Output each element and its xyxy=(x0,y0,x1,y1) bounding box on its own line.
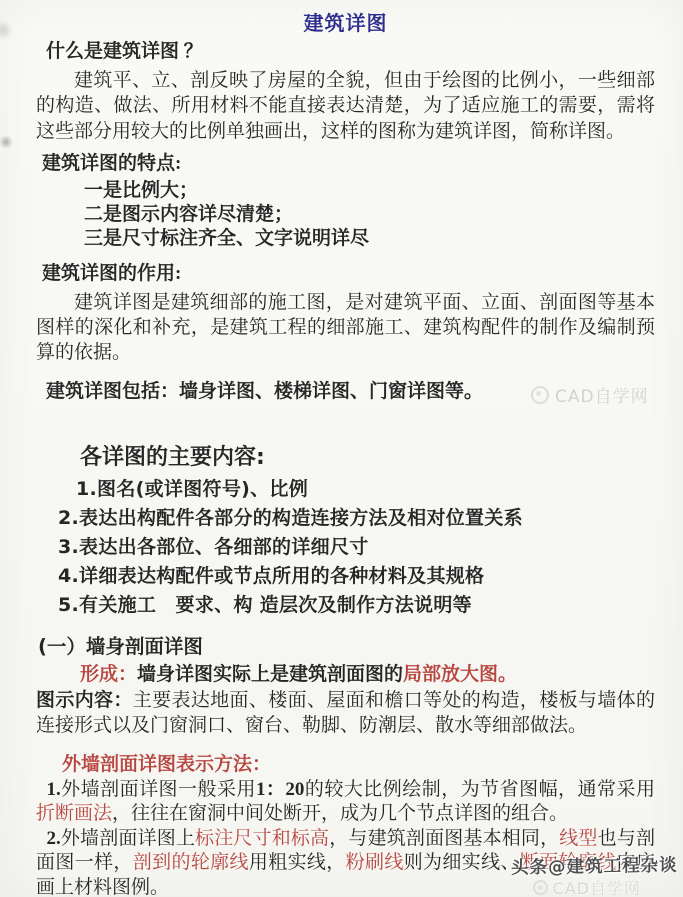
highlight-zheduan: 折断画法 xyxy=(36,803,112,824)
features-list: 一是比例大； 二是图示内容详尽清楚； 三是尺寸标注齐全、文字说明详尽 xyxy=(36,179,655,251)
highlight-plaster-line: 粉刷线 xyxy=(346,852,404,873)
list-item: 4.详细表达构配件或节点所用的各种材料及其规格 xyxy=(36,564,655,588)
watermark-bottom-secondary: CAD自学网 xyxy=(533,876,641,897)
list-item: 1.图名(或详图符号)、比例 xyxy=(36,477,655,501)
item-text: 的较大比例绘制，为节省图幅，通常采用 xyxy=(304,779,655,800)
heading-wall-section: (一）墙身剖面详图 xyxy=(36,634,655,660)
content-label: 图示内容： xyxy=(36,690,133,711)
item-text: 则为细实线、 xyxy=(404,852,520,873)
cad-logo-icon xyxy=(533,880,548,895)
item-text: ，往往在窗洞中间处断开，成为几个节点详图的组合。 xyxy=(112,803,568,824)
feature-item: 一是比例大； xyxy=(84,179,655,203)
watermark-middle: CAD自学网 xyxy=(531,382,649,407)
highlight-dimensions: 标注尺寸和标高 xyxy=(195,828,329,849)
heading-function: 建筑详图的作用: xyxy=(36,261,655,287)
item-text: 外墙剖面详图一般采用 xyxy=(61,779,256,800)
watermark-text: CAD自学网 xyxy=(553,876,641,897)
heading-features: 建筑详图的特点: xyxy=(36,151,655,177)
method-item-1: 1.外墙剖面详图一般采用1：20的较大比例绘制，为节省图幅，通常采用折断画法，往… xyxy=(36,778,655,826)
heading-method: 外墙剖面详图表示方法： xyxy=(36,751,655,777)
watermark-text: CAD自学网 xyxy=(555,382,649,407)
item-number: 2. xyxy=(46,828,60,849)
feature-item: 三是尺寸标注齐全、文字说明详尽 xyxy=(84,227,655,251)
paragraph-formation: 形成：墙身详图实际上是建筑剖面图的局部放大图。 xyxy=(36,662,655,687)
highlight-linetype: 线型 xyxy=(559,828,597,849)
item-text: ，与建筑剖面图基本相同， xyxy=(329,828,559,849)
scale-value: 1：20 xyxy=(256,779,304,800)
document-page: 建筑详图 什么是建筑详图 ？ 建筑平、立、剖反映了房屋的全貌，但由于绘图的比例小… xyxy=(0,0,683,897)
list-item: 2.表达出构配件各部分的构造连接方法及相对位置关系 xyxy=(36,506,655,530)
paragraph-function: 建筑详图是建筑细部的施工图，是对建筑平面、立面、剖面图等基本图样的深化和补充，是… xyxy=(36,290,655,366)
list-item: 5.有关施工 要求、构 造层次及制作方法说明等 xyxy=(36,593,655,617)
formation-text: 墙身详图实际上是建筑剖面图的 xyxy=(137,664,403,685)
item-text: 外墙剖面详图上 xyxy=(61,828,195,849)
feature-item: 二是图示内容详尽清楚； xyxy=(84,203,655,227)
highlight-cut-outline: 剖到的轮廓线 xyxy=(133,852,249,873)
formation-label: 形成： xyxy=(80,664,137,685)
list-item: 3.表达出各部位、各细部的详细尺寸 xyxy=(36,535,655,559)
item-text: 用粗实线， xyxy=(249,852,346,873)
page-title: 建筑详图 xyxy=(36,10,655,36)
paragraph-what-is: 建筑平、立、剖反映了房屋的全貌，但由于绘图的比例小，一些细部的构造、做法、所用材… xyxy=(36,68,655,144)
main-contents-list: 1.图名(或详图符号)、比例 2.表达出构配件各部分的构造连接方法及相对位置关系… xyxy=(36,477,655,617)
formation-highlight: 局部放大图。 xyxy=(403,664,517,685)
heading-what-is: 什么是建筑详图 ？ xyxy=(36,39,655,65)
cad-logo-icon xyxy=(531,386,549,404)
item-number: 1. xyxy=(46,779,60,800)
paragraph-content: 图示内容：主要表达地面、楼面、屋面和檐口等处的构造，楼板与墙体的连接形式以及门窗… xyxy=(36,688,655,738)
heading-main-contents: 各详图的主要内容: xyxy=(36,444,655,472)
